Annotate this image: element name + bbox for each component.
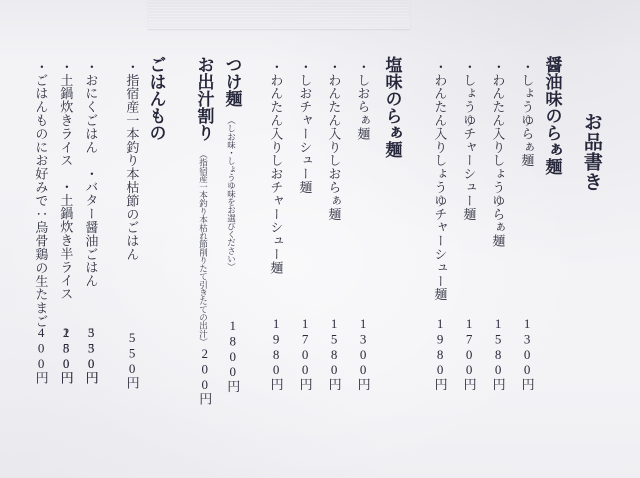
item-price: 1700円 xyxy=(461,316,476,391)
menu-item-shoyu-ramen: ・しょうゆらぁ麺 1300円 xyxy=(517,60,535,167)
item-price: 1580円 xyxy=(490,316,505,391)
item-price: 330円 xyxy=(83,325,98,385)
item-name: ・わんたん入りしょうゆチャーシュー麺 xyxy=(432,60,447,301)
menu-photo: お品書き 醤油味のらぁ麺 ・しょうゆらぁ麺 1300円 ・わんたん入りしょうゆら… xyxy=(0,0,640,478)
section-odashi-wari: お出汁割り （指宿産一本釣り本枯れ節削りたて引きたての出汁） 200円 xyxy=(194,56,214,346)
menu-item-raw-egg-topping: ・ごはんものにお好みで：烏骨鶏の生たまご 400円 xyxy=(31,60,49,328)
item-price: 550円 xyxy=(124,330,139,390)
item-price: 200円 xyxy=(196,346,211,406)
item-price: 400円 xyxy=(33,325,48,385)
item-name: ・しおチャーシュー麺 xyxy=(297,60,312,194)
menu-items-oniku-butter-gohan: ・おにくごはん 550円 ・バター醤油ごはん 330円 xyxy=(81,60,99,287)
menu-item-shoyu-chashu-men: ・しょうゆチャーシュー麺 1700円 xyxy=(459,60,477,221)
menu-item-shio-chashu-men: ・しおチャーシュー麺 1700円 xyxy=(295,60,313,194)
item-name: ・土鍋炊き半ライス xyxy=(58,180,73,301)
item-name: ・おにくごはん xyxy=(83,60,98,154)
page-title: お品書き xyxy=(580,112,602,192)
menu-item-wantan-shoyu-ramen: ・わんたん入りしょうゆらぁ麺 1580円 xyxy=(488,60,506,248)
item-price: 1300円 xyxy=(355,316,370,391)
odashi-note: （指宿産一本釣り本枯れ節削りたて引きたての出汁） xyxy=(199,150,209,346)
item-name: ・しょうゆらぁ麺 xyxy=(519,60,534,167)
menu-item-wantan-shio-chashu-men: ・わんたん入りしおチャーシュー麺 1980円 xyxy=(266,60,284,274)
menu-item-wantan-shoyu-chashu-men: ・わんたん入りしょうゆチャーシュー麺 1980円 xyxy=(430,60,448,301)
item-price: 1300円 xyxy=(519,316,534,391)
item-name: ・ごはんものにお好みで：烏骨鶏の生たまご xyxy=(33,60,48,328)
section-tsukemen: つけ麺 （しお味・しょうゆ味をお選びください） 1800円 xyxy=(222,56,242,271)
item-name: ・しおらぁ麺 xyxy=(355,60,370,140)
menu-items-donabe-rice: ・土鍋炊きライス 250円 ・土鍋炊き半ライス 180円 xyxy=(56,60,74,301)
item-price: 1980円 xyxy=(268,316,283,391)
item-name: ・指宿産一本釣り本枯節のごはん xyxy=(124,60,139,261)
section-header-odashi-wari: お出汁割り xyxy=(195,56,214,141)
section-header-tsukemen: つけ麺 xyxy=(223,56,242,107)
item-name: ・わんたん入りしょうゆらぁ麺 xyxy=(490,60,505,248)
menu-item-shio-ramen: ・しおらぁ麺 1300円 xyxy=(353,60,371,140)
paper-reflection-band xyxy=(148,0,410,29)
item-price: 1700円 xyxy=(297,316,312,391)
section-header-gohan: ごはんもの xyxy=(146,56,166,141)
section-header-shio: 塩味のらぁ麺 xyxy=(382,56,402,158)
item-name: ・土鍋炊きライス xyxy=(58,60,73,167)
item-name: ・わんたん入りしおチャーシュー麺 xyxy=(268,60,283,274)
item-name: ・しょうゆチャーシュー麺 xyxy=(461,60,476,221)
menu-item-wantan-shio-ramen: ・わんたん入りしおらぁ麺 1580円 xyxy=(324,60,342,221)
tsukemen-note: （しお味・しょうゆ味をお選びください） xyxy=(227,116,237,271)
section-header-shoyu: 醤油味のらぁ麺 xyxy=(542,56,562,175)
item-name: ・わんたん入りしおらぁ麺 xyxy=(326,60,341,221)
item-price: 1980円 xyxy=(432,316,447,391)
item-price: 1800円 xyxy=(224,318,239,393)
item-price: 1580円 xyxy=(326,316,341,391)
item-price: 180円 xyxy=(58,325,73,385)
menu-item-katsuobushi-gohan: ・指宿産一本釣り本枯節のごはん 550円 xyxy=(122,60,140,261)
item-name: ・バター醤油ごはん xyxy=(83,167,98,288)
